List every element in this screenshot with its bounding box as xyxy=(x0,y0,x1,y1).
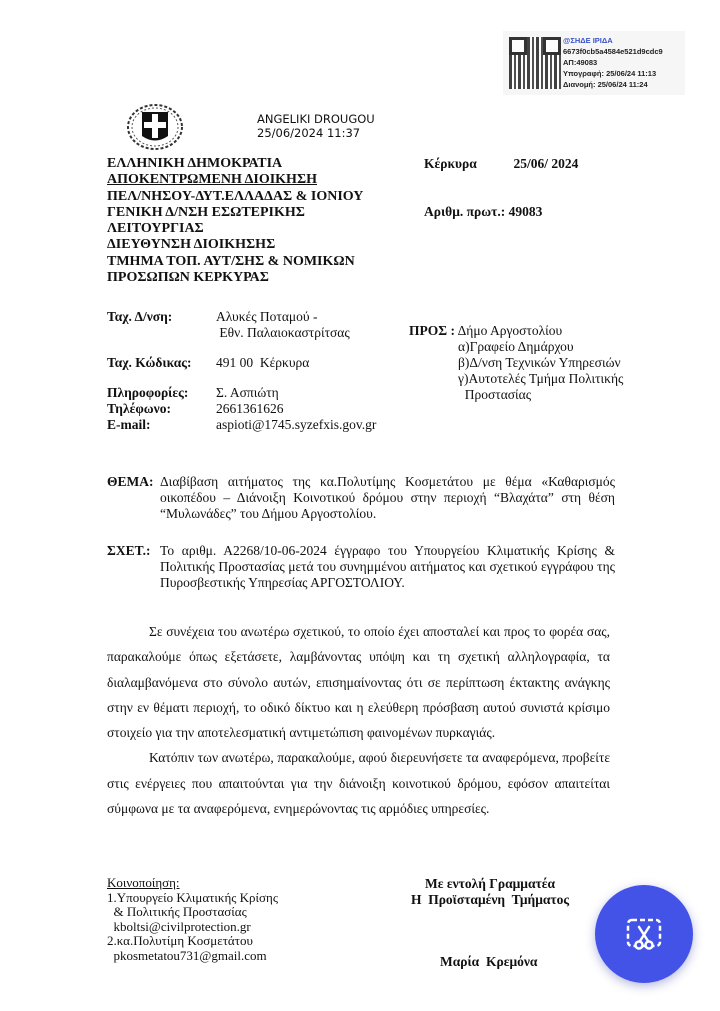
org-line: ΕΛΛΗΝΙΚΗ ΔΗΜΟΚΡΑΤΙΑ xyxy=(107,156,363,172)
email-label: E-mail: xyxy=(107,417,216,433)
stamp-signed: Υπογραφή: 25/06/24 11:13 xyxy=(563,68,663,79)
screenshot-fab-button[interactable] xyxy=(595,885,693,983)
stamp-protocol: ΑΠ:49083 xyxy=(563,57,663,68)
postal-value: 491 00 Κέρκυρα xyxy=(216,355,376,371)
org-line: ΠΡΟΣΩΠΩΝ ΚΕΡΚΥΡΑΣ xyxy=(107,270,363,286)
place: Κέρκυρα xyxy=(424,156,477,171)
reference-block: ΣΧΕΤ.: Το αριθμ. Α2268/10-06-2024 έγγραφ… xyxy=(107,543,615,591)
qr-code xyxy=(509,37,561,89)
recipient-main: Δήμο Αργοστολίου xyxy=(458,323,563,338)
greek-emblem-icon xyxy=(125,103,185,151)
letter-body: Σε συνέχεια του ανωτέρω σχετικού, το οπο… xyxy=(107,619,610,821)
org-line: ΛΕΙΤΟΥΡΓΙΑΣ xyxy=(107,221,363,237)
stamp-details: @ΣΗΔΕ ΙΡΙΔΑ 6673f0cb5a4584e521d9cdc9 ΑΠ:… xyxy=(563,35,663,90)
screenshot-scissors-icon xyxy=(624,914,664,954)
cc-label: Κοινοποίηση: xyxy=(107,876,278,891)
protocol-number: 49083 xyxy=(509,204,543,219)
cc-line: 1.Υπουργείο Κλιματικής Κρίσης xyxy=(107,891,278,906)
phone-label: Τηλέφωνο: xyxy=(107,401,216,417)
esignature-stamp: @ΣΗΔΕ ΙΡΙΔΑ 6673f0cb5a4584e521d9cdc9 ΑΠ:… xyxy=(503,31,685,95)
cc-line: & Πολιτικής Προστασίας xyxy=(107,905,278,920)
cc-block: Κοινοποίηση: 1.Υπουργείο Κλιματικής Κρίσ… xyxy=(107,876,278,963)
signer-name: ANGELIKI DROUGOU xyxy=(257,112,375,126)
info-label: Πληροφορίες: xyxy=(107,385,216,401)
phone-value: 2661361626 xyxy=(216,401,376,417)
org-line: ΓΕΝΙΚΗ Δ/ΝΣΗ ΕΣΩΤΕΡΙΚΗΣ xyxy=(107,205,363,221)
email-value[interactable]: aspioti@1745.syzefxis.gov.gr xyxy=(216,417,376,433)
subject-text: Διαβίβαση αιτήματος της κα.Πολυτίμης Κοσ… xyxy=(160,474,615,522)
body-paragraph: Κατόπιν των ανωτέρω, παρακαλούμε, αφού δ… xyxy=(107,745,610,821)
stamp-hash: 6673f0cb5a4584e521d9cdc9 xyxy=(563,46,663,57)
org-line: ΔΙΕΥΘΥΝΣΗ ΔΙΟΙΚΗΣΗΣ xyxy=(107,237,363,253)
sender-address: Ταχ. Δ/νση: Αλυκές Ποταμού - Εθν. Παλαιο… xyxy=(107,309,376,433)
signature-line: Η Προϊσταμένη Τμήματος xyxy=(390,892,590,908)
date: 25/06/ 2024 xyxy=(514,156,579,171)
protocol-label: Αριθμ. πρωτ.: xyxy=(424,204,505,219)
stamp-brand: @ΣΗΔΕ ΙΡΙΔΑ xyxy=(563,35,663,46)
signatory-name: Μαρία Κρεμόνα xyxy=(440,954,537,970)
body-paragraph: Σε συνέχεια του ανωτέρω σχετικού, το οπο… xyxy=(107,619,610,745)
street-line1: Αλυκές Ποταμού - xyxy=(216,309,376,325)
cc-line: 2.κα.Πολυτίμη Κοσμετάτου xyxy=(107,934,278,949)
subject-label: ΘΕΜΑ: xyxy=(107,474,155,490)
postal-label: Ταχ. Κώδικας: xyxy=(107,355,216,371)
cc-line: pkosmetatou731@gmail.com xyxy=(107,949,278,964)
info-value: Σ. Ασπιώτη xyxy=(216,385,376,401)
org-line: ΑΠΟΚΕΝΤΡΩΜΕΝΗ ΔΙΟΙΚΗΣΗ xyxy=(107,172,363,188)
cc-line: kboltsi@civilprotection.gr xyxy=(107,920,278,935)
organization-header: ΕΛΛΗΝΙΚΗ ΔΗΜΟΚΡΑΤΙΑ ΑΠΟΚΕΝΤΡΩΜΕΝΗ ΔΙΟΙΚΗ… xyxy=(107,156,363,286)
document-meta: Κέρκυρα 25/06/ 2024 Αριθμ. πρωτ.: 49083 xyxy=(424,156,578,220)
signature-line: Με εντολή Γραμματέα xyxy=(390,876,590,892)
recipient-block: ΠΡΟΣ : Δήμο Αργοστολίου α)Γραφείο Δημάρχ… xyxy=(409,323,623,403)
subject-block: ΘΕΜΑ: Διαβίβαση αιτήματος της κα.Πολυτίμ… xyxy=(107,474,615,522)
recipient-item: Προστασίας xyxy=(458,387,623,403)
recipient-label: ΠΡΟΣ : xyxy=(409,323,455,338)
org-line: ΠΕΛ/ΝΗΣΟΥ-ΔΥΤ.ΕΛΛΑΔΑΣ & ΙΟΝΙΟΥ xyxy=(107,189,363,205)
reference-label: ΣΧΕΤ.: xyxy=(107,543,155,559)
digital-signer: ANGELIKI DROUGOU 25/06/2024 11:37 xyxy=(257,112,375,140)
reference-text: Το αριθμ. Α2268/10-06-2024 έγγραφο του Υ… xyxy=(160,543,615,591)
recipient-item: α)Γραφείο Δημάρχου xyxy=(458,339,623,355)
stamp-distributed: Διανομή: 25/06/24 11:24 xyxy=(563,79,663,90)
street-line2: Εθν. Παλαιοκαστρίτσας xyxy=(216,325,376,341)
signature-title: Με εντολή Γραμματέα Η Προϊσταμένη Τμήματ… xyxy=(390,876,590,907)
recipient-item: γ)Αυτοτελές Τμήμα Πολιτικής xyxy=(458,371,623,387)
recipient-item: β)Δ/νση Τεχνικών Υπηρεσιών xyxy=(458,355,623,371)
org-line: ΤΜΗΜΑ ΤΟΠ. ΑΥΤ/ΣΗΣ & ΝΟΜΙΚΩΝ xyxy=(107,254,363,270)
signer-datetime: 25/06/2024 11:37 xyxy=(257,126,375,140)
street-label: Ταχ. Δ/νση: xyxy=(107,309,216,325)
